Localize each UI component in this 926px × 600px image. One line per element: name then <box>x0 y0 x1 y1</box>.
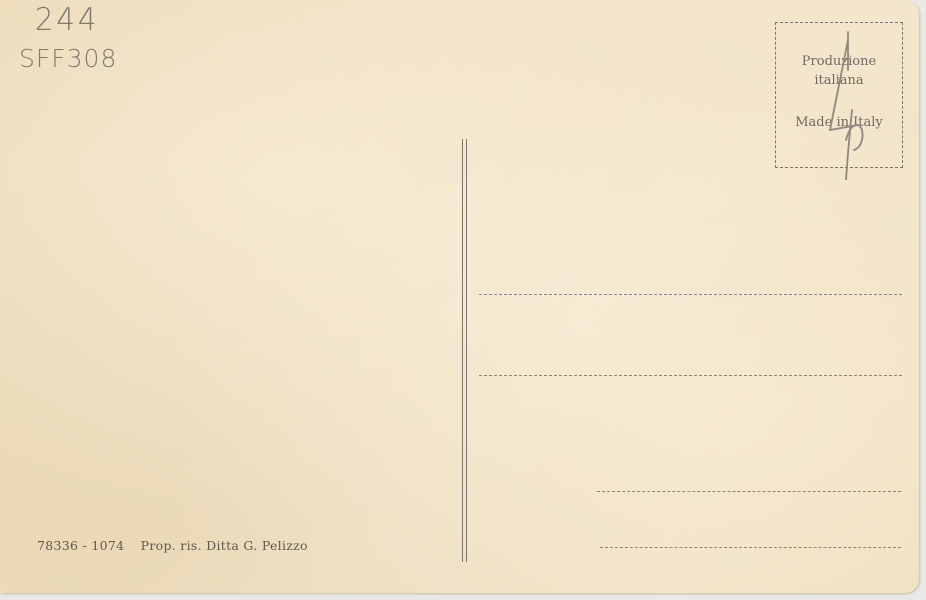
postcard-back: 244 SFF308 Produzione italiana Made in I… <box>0 0 919 593</box>
publisher-text: Prop. ris. Ditta G. Pelizzo <box>141 538 308 553</box>
address-line-4 <box>600 547 901 548</box>
address-line-2 <box>479 375 902 376</box>
address-line-1 <box>479 294 902 295</box>
handwritten-catalog-code: SFF308 <box>19 44 117 73</box>
address-line-3 <box>597 491 901 492</box>
pencil-annotation-icon <box>828 30 868 180</box>
print-code: 78336 - 1074 <box>37 538 124 553</box>
center-divider-line <box>462 139 467 562</box>
handwritten-number: 244 <box>35 2 100 38</box>
publisher-footer: 78336 - 1074 Prop. ris. Ditta G. Pelizzo <box>37 538 308 553</box>
